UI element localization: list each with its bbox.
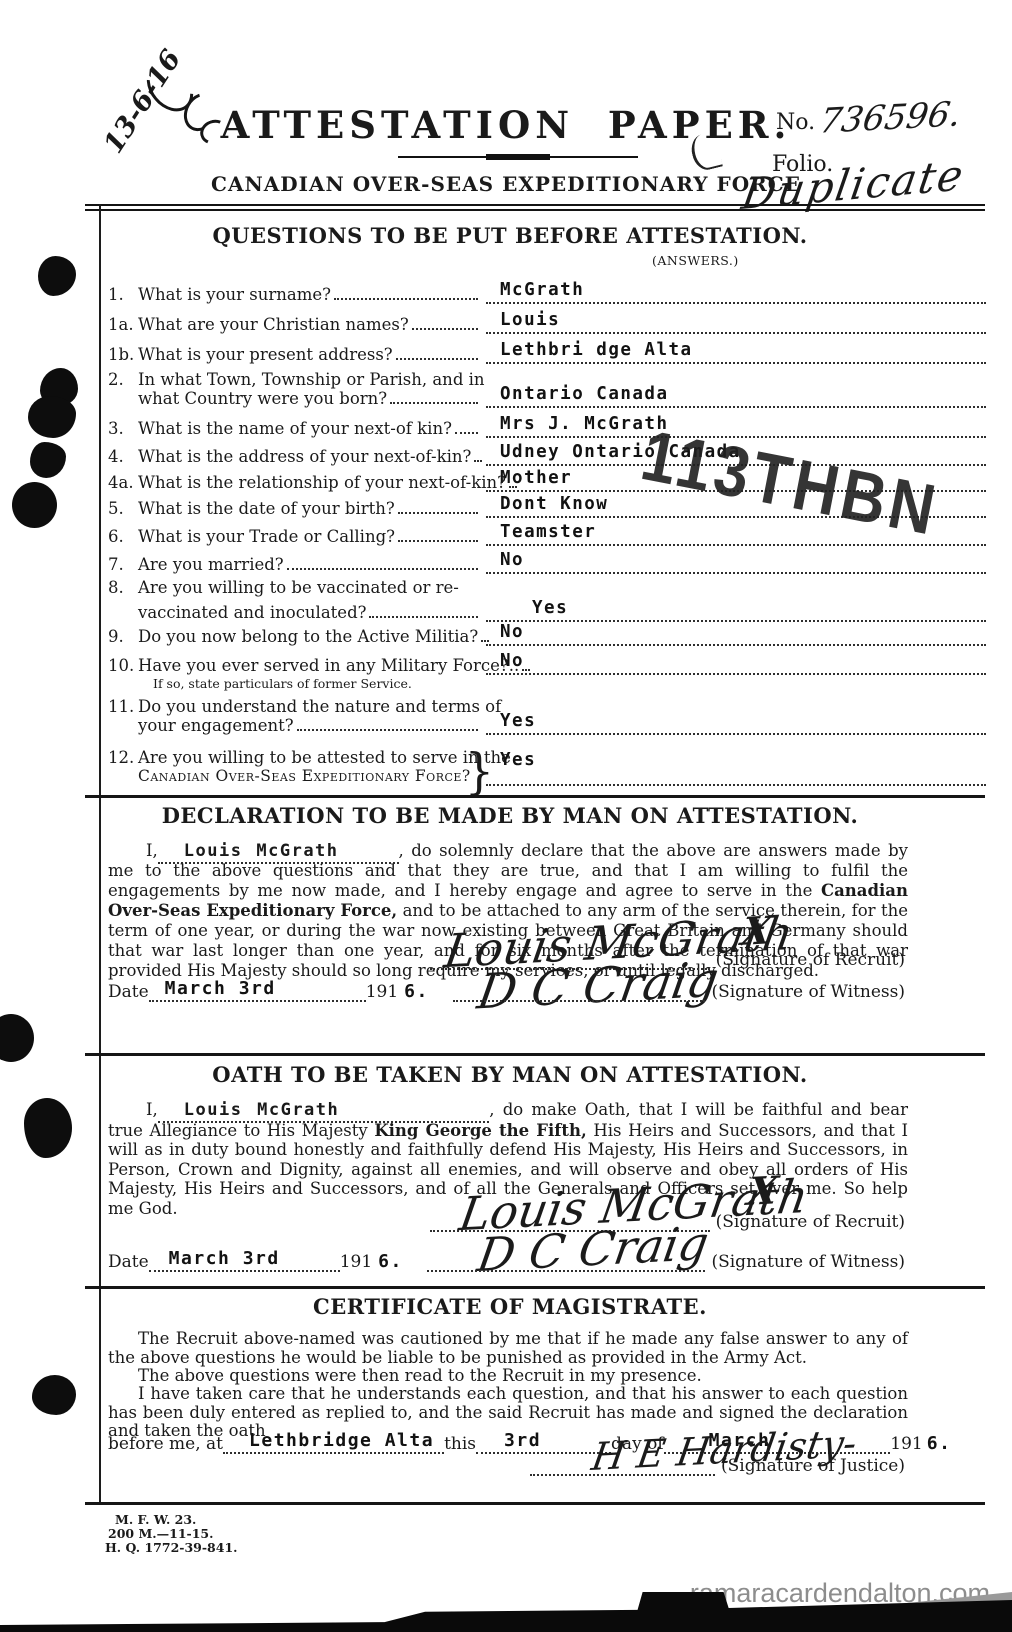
place-typed: Lethbridge Alta <box>223 1430 444 1454</box>
question-brace: } <box>465 743 494 800</box>
question-text: Are you willing to be vaccinated or re- <box>138 578 459 597</box>
answer-text: Yes <box>486 598 568 620</box>
signature-of-witness-label: (Signature of Witness) <box>711 982 905 1002</box>
answer-text: Dont Know <box>486 494 608 516</box>
justice-signature-row: (Signature of Justice) <box>530 1456 905 1476</box>
attestation-paper-scan: 13-6-16 ATTESTATION PAPER. No. 736596. F… <box>0 0 1012 1632</box>
answer-text: Mrs J. McGrath <box>486 414 669 436</box>
answer-line: No <box>486 622 986 646</box>
question-text: What is your Trade or Calling? <box>138 527 395 546</box>
question-number: 4. <box>108 447 138 466</box>
dotted-leader <box>398 512 478 514</box>
date-typed: March 3rd <box>149 978 366 1002</box>
dotted-leader <box>412 328 478 330</box>
ink-blot <box>28 396 76 438</box>
ink-blot <box>30 442 66 478</box>
date-label: Date <box>108 1252 149 1272</box>
handwritten-serial-number: 736596. <box>817 94 964 142</box>
question-row-12: 12.Are you willing to be attested to ser… <box>108 742 986 786</box>
answer-text: No <box>486 622 524 644</box>
oath-heading: OATH TO BE TAKEN BY MAN ON ATTESTATION. <box>60 1062 960 1087</box>
question-number: 3. <box>108 419 138 438</box>
year-printed: 191 <box>890 1434 922 1454</box>
question-text: Are you willing to be attested to serve … <box>138 748 511 767</box>
form-code-1: M. F. W. 23. <box>115 1512 196 1527</box>
dotted-leader <box>390 402 478 404</box>
question-number: 1a. <box>108 315 138 334</box>
declaration-date-row: Date March 3rd 191 6. (Signature of Witn… <box>108 978 905 1002</box>
answer-text: Lethbri dge Alta <box>486 340 693 362</box>
question-row-3: 3.What is the name of your next-of kin? … <box>108 412 986 438</box>
question-number: 1b. <box>108 345 138 364</box>
answer-text: No <box>486 550 524 572</box>
date-typed: March 3rd <box>149 1248 340 1272</box>
question-row-9: 9.Do you now belong to the Active Militi… <box>108 624 986 646</box>
year-typed: 6. <box>398 981 435 1002</box>
dotted-leader <box>396 358 478 360</box>
question-row-1b: 1b.What is your present address? Lethbri… <box>108 338 986 364</box>
bottom-rule <box>85 1502 985 1505</box>
certificate-paragraph-1: The Recruit above-named was cautioned by… <box>108 1330 908 1367</box>
date-label: Date <box>108 982 149 1002</box>
answer-text: Teamster <box>486 522 596 544</box>
double-rule <box>85 204 985 211</box>
question-text: Canadian Over-Seas Expeditionary Force? <box>138 767 471 786</box>
dotted-leader <box>455 432 478 434</box>
signature-of-recruit-label: (Signature of Recruit) <box>716 1212 905 1232</box>
ink-blot <box>24 1098 72 1158</box>
question-text: Do you understand the nature and terms o… <box>138 697 501 716</box>
question-text: What is the date of your birth? <box>138 499 395 518</box>
question-number: 9. <box>108 627 138 646</box>
question-subnote: If so, state particulars of former Servi… <box>153 676 412 691</box>
year-printed: 191 <box>366 982 398 1002</box>
answer-line: Yes <box>486 578 986 622</box>
signature-of-recruit-label: (Signature of Recruit) <box>716 950 905 970</box>
oath-body-bold: King George the Fifth, <box>374 1121 586 1140</box>
question-number: 4a. <box>108 473 138 492</box>
dotted-leader <box>398 540 478 542</box>
oath-date-row: Date March 3rd 191 6. (Signature of Witn… <box>108 1248 905 1272</box>
answer-line: Yes <box>486 740 986 786</box>
question-text: Are you married? <box>138 555 284 574</box>
answer-line: Louis <box>486 306 986 334</box>
question-number: 12. <box>108 748 138 767</box>
answer-text: McGrath <box>486 280 584 302</box>
answer-line: No <box>486 648 986 675</box>
dotted-leader <box>369 616 478 618</box>
answer-text: Louis <box>486 310 560 332</box>
this-label: this <box>444 1434 476 1454</box>
answer-line: McGrath <box>486 276 986 304</box>
oath-lead-in: I, <box>146 1100 158 1119</box>
day-typed: 3rd <box>476 1430 611 1454</box>
ink-blot <box>12 482 57 528</box>
question-row-1a: 1a.What are your Christian names? Louis <box>108 308 986 334</box>
answers-column-label: (ANSWERS.) <box>652 253 739 268</box>
answer-text: Ontario Canada <box>486 384 669 406</box>
signature-dotted-line <box>453 1000 706 1002</box>
declaration-heading: DECLARATION TO BE MADE BY MAN ON ATTESTA… <box>60 803 960 828</box>
question-row-1: 1.What is your surname? McGrath <box>108 278 986 304</box>
question-number: 10. <box>108 656 138 675</box>
question-row-11: 11.Do you understand the nature and term… <box>108 695 986 735</box>
dotted-leader <box>334 298 478 300</box>
signature-dotted-line <box>427 1270 706 1272</box>
dotted-leader <box>474 460 482 462</box>
questions-heading: QUESTIONS TO BE PUT BEFORE ATTESTATION. <box>60 223 960 248</box>
section-rule <box>85 795 985 798</box>
question-number: 2. <box>108 370 138 389</box>
signature-of-justice-label: (Signature of Justice) <box>721 1456 905 1476</box>
answer-line: No <box>486 546 986 574</box>
question-row-7: 7.Are you married? No <box>108 548 986 574</box>
form-code-2: 200 M.—11-15. <box>108 1526 213 1541</box>
question-number: 7. <box>108 555 138 574</box>
year-printed: 191 <box>340 1252 372 1272</box>
question-text: What is the address of your next-of-kin? <box>138 447 471 466</box>
question-text: What is your present address? <box>138 345 393 364</box>
ink-blot <box>32 1375 76 1415</box>
ink-blot <box>0 1014 34 1062</box>
section-rule <box>85 1286 985 1289</box>
question-number: 6. <box>108 527 138 546</box>
answer-line: Yes <box>486 693 986 735</box>
dotted-leader <box>522 669 530 671</box>
year-typed: 6. <box>923 1433 956 1454</box>
question-number: 11. <box>108 697 138 716</box>
question-number: 1. <box>108 285 138 304</box>
question-row-10: 10.Have you ever served in any Military … <box>108 650 986 675</box>
question-text: What is the relationship of your next-of… <box>138 473 506 492</box>
dotted-leader <box>509 486 517 488</box>
question-number: 8. <box>108 578 138 597</box>
question-text: Do you now belong to the Active Militia? <box>138 627 478 646</box>
question-text: What are your Christian names? <box>138 315 409 334</box>
dotted-leader <box>287 568 478 570</box>
question-text: In what Town, Township or Parish, and in <box>138 370 485 389</box>
question-text: your engagement? <box>138 716 294 735</box>
question-number: 5. <box>108 499 138 518</box>
question-row-2: 2.In what Town, Township or Parish, and … <box>108 368 986 408</box>
year-typed: 6. <box>372 1251 409 1272</box>
answer-line: Ontario Canada <box>486 366 986 408</box>
question-row-8: 8.Are you willing to be vaccinated or re… <box>108 580 986 622</box>
signature-dotted-line <box>530 1474 715 1476</box>
question-text: What is your surname? <box>138 285 331 304</box>
question-text: Have you ever served in any Military For… <box>138 656 519 675</box>
question-text: what Country were you born? <box>138 389 387 408</box>
dotted-leader <box>481 640 489 642</box>
ink-blot <box>38 256 76 296</box>
signature-of-witness-label: (Signature of Witness) <box>711 1252 905 1272</box>
section-rule <box>85 1053 985 1056</box>
question-text: What is the name of your next-of kin? <box>138 419 452 438</box>
no-label: No. <box>776 110 815 135</box>
certificate-heading: CERTIFICATE OF MAGISTRATE. <box>60 1294 960 1319</box>
declaration-lead-in: I, <box>146 841 158 860</box>
dotted-leader <box>297 729 478 731</box>
before-me-label: before me, at <box>108 1434 223 1454</box>
certificate-paragraph-2: The above questions were then read to th… <box>108 1367 908 1386</box>
form-code-3: H. Q. 1772-39-841. <box>105 1540 238 1555</box>
question-text: vaccinated and inoculated? <box>138 603 366 622</box>
answer-line: Lethbri dge Alta <box>486 336 986 364</box>
title-divider <box>398 156 638 158</box>
